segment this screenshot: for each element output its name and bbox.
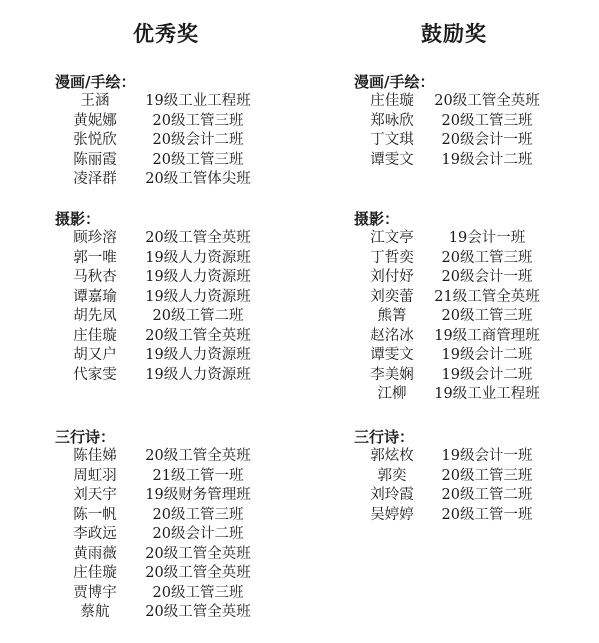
student-class: 20级工管三班 xyxy=(133,506,263,526)
list-item: 谭雯文19级会计二班 xyxy=(354,346,399,366)
list-item: 庄佳璇20级工管全英班 xyxy=(354,92,434,112)
list-item: 谭嘉瑜19级人力资源班 xyxy=(55,288,100,308)
student-name: 刘奕蕾 xyxy=(362,288,422,308)
list-item: 刘付妤20级会计一班 xyxy=(354,268,399,288)
list-item: 马秋杏19级人力资源班 xyxy=(55,268,100,288)
section-heading: 漫画/手绘： xyxy=(354,72,434,92)
list-item: 胡先凤20级工管二班 xyxy=(55,307,100,327)
list-item: 刘玲霞20级工管二班 xyxy=(354,486,414,506)
student-name: 郭炫枚 xyxy=(362,447,422,467)
student-name: 江柳 xyxy=(362,385,422,405)
student-name: 刘天宇 xyxy=(55,486,135,506)
list-item: 庄佳璇20级工管全英班 xyxy=(55,564,115,584)
list-item: 刘天宇19级财务管理班 xyxy=(55,486,115,506)
student-name: 熊箐 xyxy=(362,307,422,327)
section-photography: 摄影： 顾珍溶20级工管全英班 郭一唯19级人力资源班 马秋杏19级人力资源班 … xyxy=(55,209,100,385)
section-three-line-poems: 三行诗： 陈佳娣20级工管全英班 周虹羽21级工管一班 刘天宇19级财务管理班 … xyxy=(55,427,115,623)
student-class: 21级工管一班 xyxy=(133,467,263,487)
list-item: 李美娴19级会计二班 xyxy=(354,366,399,386)
student-class: 19级工业工程班 xyxy=(133,92,263,112)
student-class: 19级工商管理班 xyxy=(422,327,552,347)
student-class: 20级工管全英班 xyxy=(133,447,263,467)
student-class: 20级工管全英班 xyxy=(422,92,552,112)
student-name: 贾博宇 xyxy=(55,584,135,604)
student-name: 谭雯文 xyxy=(362,346,422,366)
student-name: 刘玲霞 xyxy=(362,486,422,506)
section-heading: 摄影： xyxy=(55,209,100,229)
student-name: 凌泽群 xyxy=(55,170,135,190)
section-comics: 漫画/手绘： 王涵19级工业工程班 黄妮娜20级工管三班 张悦欣20级会计二班 … xyxy=(55,72,135,190)
list-item: 庄佳璇20级工管全英班 xyxy=(55,327,100,347)
student-class: 20级会计一班 xyxy=(422,268,552,288)
student-class: 20级工管全英班 xyxy=(133,603,263,623)
student-name: 谭雯文 xyxy=(362,151,422,171)
student-class: 20级工管二班 xyxy=(133,307,263,327)
student-name: 代家雯 xyxy=(55,366,135,386)
student-name: 张悦欣 xyxy=(55,131,135,151)
student-class: 20级工管三班 xyxy=(133,112,263,132)
list-item: 熊箐20级工管三班 xyxy=(354,307,399,327)
student-class: 19级人力资源班 xyxy=(133,366,263,386)
student-name: 陈佳娣 xyxy=(55,447,135,467)
student-name: 蔡航 xyxy=(55,603,135,623)
list-item: 郑咏欣20级工管三班 xyxy=(354,112,434,132)
student-class: 20级工管全英班 xyxy=(133,564,263,584)
list-item: 凌泽群20级工管体尖班 xyxy=(55,170,135,190)
list-item: 吴婷婷20级工管一班 xyxy=(354,506,414,526)
student-name: 马秋杏 xyxy=(55,268,135,288)
award-title: 鼓励奖 xyxy=(421,18,487,48)
student-class: 20级会计一班 xyxy=(422,131,552,151)
student-name: 陈一帆 xyxy=(55,506,135,526)
student-class: 20级工管三班 xyxy=(133,584,263,604)
student-class: 20级会计二班 xyxy=(133,525,263,545)
student-name: 郭一唯 xyxy=(55,249,135,269)
student-class: 20级工管二班 xyxy=(422,486,552,506)
student-name: 李政远 xyxy=(55,525,135,545)
list-item: 陈一帆20级工管三班 xyxy=(55,506,115,526)
list-item: 贾博宇20级工管三班 xyxy=(55,584,115,604)
student-class: 20级工管三班 xyxy=(133,151,263,171)
student-name: 庄佳璇 xyxy=(55,564,135,584)
list-item: 黄雨薇20级工管全英班 xyxy=(55,545,115,565)
student-name: 胡先凤 xyxy=(55,307,135,327)
student-class: 19级会计二班 xyxy=(422,366,552,386)
student-class: 20级工管体尖班 xyxy=(133,170,263,190)
section-heading: 摄影： xyxy=(354,209,399,229)
list-item: 顾珍溶20级工管全英班 xyxy=(55,229,100,249)
section-comics: 漫画/手绘： 庄佳璇20级工管全英班 郑咏欣20级工管三班 丁文琪20级会计一班… xyxy=(354,72,434,170)
student-class: 20级工管三班 xyxy=(422,307,552,327)
list-item: 刘奕蕾21级工管全英班 xyxy=(354,288,399,308)
student-name: 庄佳璇 xyxy=(362,92,422,112)
student-class: 19级会计二班 xyxy=(422,151,552,171)
list-item: 郭奕20级工管三班 xyxy=(354,467,414,487)
list-item: 周虹羽21级工管一班 xyxy=(55,467,115,487)
student-class: 19级会计二班 xyxy=(422,346,552,366)
list-item: 蔡航20级工管全英班 xyxy=(55,603,115,623)
student-class: 19级人力资源班 xyxy=(133,288,263,308)
student-name: 丁文琪 xyxy=(362,131,422,151)
student-class: 19级人力资源班 xyxy=(133,346,263,366)
list-item: 陈丽霞20级工管三班 xyxy=(55,151,135,171)
student-name: 王涵 xyxy=(55,92,135,112)
student-name: 赵洺冰 xyxy=(362,327,422,347)
section-three-line-poems: 三行诗： 郭炫枚19级会计一班 郭奕20级工管三班 刘玲霞20级工管二班 吴婷婷… xyxy=(354,427,414,525)
student-name: 谭嘉瑜 xyxy=(55,288,135,308)
section-heading: 三行诗： xyxy=(354,427,414,447)
student-name: 陈丽霞 xyxy=(55,151,135,171)
list-item: 张悦欣20级会计二班 xyxy=(55,131,135,151)
section-heading: 三行诗： xyxy=(55,427,115,447)
list-item: 代家雯19级人力资源班 xyxy=(55,366,100,386)
list-item: 江柳19级工业工程班 xyxy=(354,385,399,405)
student-class: 19级财务管理班 xyxy=(133,486,263,506)
student-class: 19会计一班 xyxy=(422,229,552,249)
student-name: 胡又户 xyxy=(55,346,135,366)
student-class: 20级工管三班 xyxy=(422,467,552,487)
student-class: 20级工管全英班 xyxy=(133,545,263,565)
student-name: 丁哲奕 xyxy=(362,249,422,269)
list-item: 江文亭19会计一班 xyxy=(354,229,399,249)
student-class: 19级工业工程班 xyxy=(422,385,552,405)
section-heading: 漫画/手绘： xyxy=(55,72,135,92)
student-name: 江文亭 xyxy=(362,229,422,249)
award-title: 优秀奖 xyxy=(133,18,199,48)
student-name: 吴婷婷 xyxy=(362,506,422,526)
student-class: 20级工管一班 xyxy=(422,506,552,526)
list-item: 丁哲奕20级工管三班 xyxy=(354,249,399,269)
student-class: 20级工管全英班 xyxy=(133,327,263,347)
list-item: 赵洺冰19级工商管理班 xyxy=(354,327,399,347)
student-name: 李美娴 xyxy=(362,366,422,386)
list-item: 陈佳娣20级工管全英班 xyxy=(55,447,115,467)
student-class: 20级工管三班 xyxy=(422,249,552,269)
list-item: 胡又户19级人力资源班 xyxy=(55,346,100,366)
list-item: 王涵19级工业工程班 xyxy=(55,92,135,112)
student-name: 顾珍溶 xyxy=(55,229,135,249)
student-class: 19级人力资源班 xyxy=(133,249,263,269)
student-class: 19级会计一班 xyxy=(422,447,552,467)
student-name: 周虹羽 xyxy=(55,467,135,487)
list-item: 丁文琪20级会计一班 xyxy=(354,131,434,151)
list-item: 黄妮娜20级工管三班 xyxy=(55,112,135,132)
student-name: 黄妮娜 xyxy=(55,112,135,132)
list-item: 李政远20级会计二班 xyxy=(55,525,115,545)
student-name: 郭奕 xyxy=(362,467,422,487)
student-class: 20级会计二班 xyxy=(133,131,263,151)
student-name: 庄佳璇 xyxy=(55,327,135,347)
student-name: 黄雨薇 xyxy=(55,545,135,565)
section-photography: 摄影： 江文亭19会计一班 丁哲奕20级工管三班 刘付妤20级会计一班 刘奕蕾2… xyxy=(354,209,399,405)
student-class: 20级工管全英班 xyxy=(133,229,263,249)
student-class: 20级工管三班 xyxy=(422,112,552,132)
student-class: 21级工管全英班 xyxy=(422,288,552,308)
list-item: 谭雯文19级会计二班 xyxy=(354,151,434,171)
list-item: 郭一唯19级人力资源班 xyxy=(55,249,100,269)
list-item: 郭炫枚19级会计一班 xyxy=(354,447,414,467)
student-name: 刘付妤 xyxy=(362,268,422,288)
student-class: 19级人力资源班 xyxy=(133,268,263,288)
student-name: 郑咏欣 xyxy=(362,112,422,132)
